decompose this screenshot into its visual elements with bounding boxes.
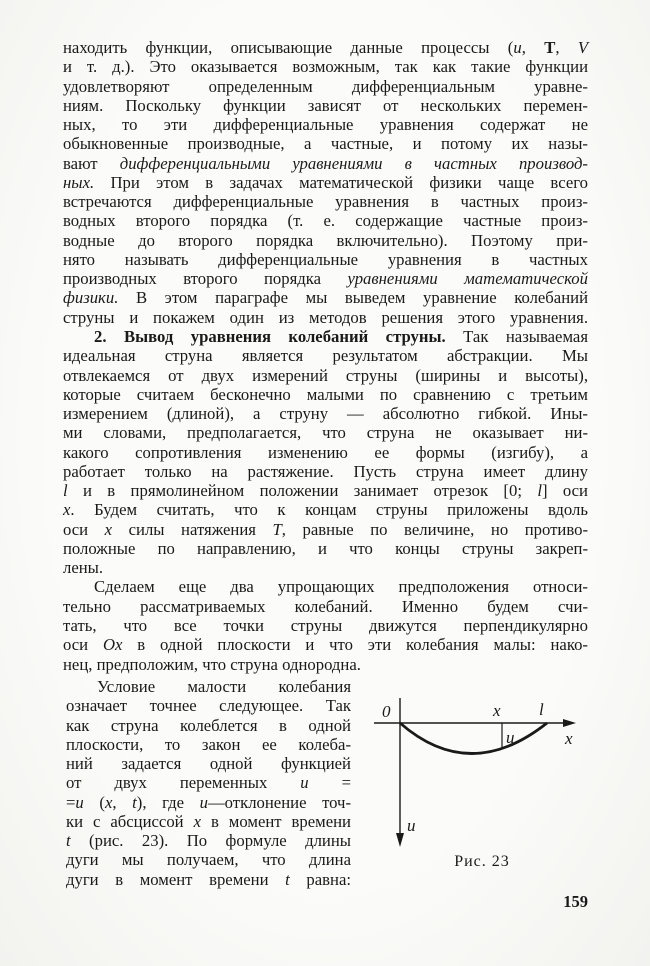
text-line: удовлетворяют определенным дифференциаль… <box>63 77 588 96</box>
deflection-label: u <box>506 728 515 747</box>
text-line: встречаются дифференциальные уравнения в… <box>63 192 588 211</box>
text-line: Сделаем еще два упрощающих предположения… <box>63 577 588 596</box>
u-axis-label: u <box>407 816 416 835</box>
text-line: ний задается одной функцией <box>66 754 351 773</box>
text-line: означает точнее следующее. Так <box>66 696 351 715</box>
length-label: l <box>539 700 544 719</box>
text-line: ки с абсциссой x в момент времени <box>66 812 351 831</box>
text-line: =u (x, t), где u—отклонение точ- <box>66 793 351 812</box>
origin-label: 0 <box>382 702 391 721</box>
text-line: какого сопротивления изменению ее формы … <box>63 443 588 462</box>
text-line: ных, то эти дифференциальные уравнения с… <box>63 115 588 134</box>
text-line: производных второго порядка уравнениями … <box>63 269 588 288</box>
text-line: вают дифференциальными уравнениями в час… <box>63 154 588 173</box>
page-number: 159 <box>563 892 588 912</box>
text-line: обыкновенные производные, а частные, и п… <box>63 134 588 153</box>
text-line: водных второго порядка (т. е. содержащие… <box>63 211 588 230</box>
text-line: тать, что все точки струны движутся перп… <box>63 616 588 635</box>
text-line: водные до второго порядка включительно).… <box>63 231 588 250</box>
figure-caption: Рис. 23 <box>366 853 598 871</box>
u-axis-arrowhead <box>396 833 404 847</box>
text-line: ниям. Поскольку функции зависят от неско… <box>63 96 588 115</box>
main-text-block: находить функции, описывающие данные про… <box>63 38 588 674</box>
string-curve-diagram: 0 x l x u u <box>366 690 628 852</box>
text-line: дуги мы получаем, что длина <box>66 850 351 869</box>
figure-23: 0 x l x u u Рис. 23 <box>366 690 628 871</box>
text-line: отвлекаемся от двух измерений струны (ши… <box>63 366 588 385</box>
x-axis-label: x <box>564 729 573 748</box>
text-line: t (рис. 23). По формуле длины <box>66 831 351 850</box>
text-line: струны и покажем один из методов решения… <box>63 308 588 327</box>
text-line: нято называть дифференциальные уравнения… <box>63 250 588 269</box>
x-point-label: x <box>492 701 501 720</box>
text-line: нец, предположим, что струна однородна. <box>63 655 588 674</box>
left-column-text: Условие малости колебанияозначает точнее… <box>66 677 351 889</box>
text-line: лены. <box>63 558 588 577</box>
string-curve <box>400 723 547 754</box>
text-line: которые считаем бесконечно малыми по сра… <box>63 385 588 404</box>
text-line: x. Будем считать, что к концам струны пр… <box>63 500 588 519</box>
text-line: оси x силы натяжения T, равные по величи… <box>63 520 588 539</box>
text-line: находить функции, описывающие данные про… <box>63 38 588 57</box>
text-line: физики. В этом параграфе мы выведем урав… <box>63 288 588 307</box>
text-line: ми словами, предполагается, что струна н… <box>63 423 588 442</box>
x-axis-arrowhead <box>563 719 576 727</box>
text-line: ных. При этом в задачах математической ф… <box>63 173 588 192</box>
text-line: тельно рассматриваемых колебаний. Именно… <box>63 597 588 616</box>
text-line: от двух переменных u = <box>66 773 351 792</box>
text-line: Условие малости колебания <box>66 677 351 696</box>
book-page: находить функции, описывающие данные про… <box>0 0 650 966</box>
text-line: 2. Вывод уравнения колебаний струны. Так… <box>63 327 588 346</box>
text-line: дуги в момент времени t равна: <box>66 870 351 889</box>
text-line: плоскости, то закон ее колеба- <box>66 735 351 754</box>
text-line: положные по направлению, и что концы стр… <box>63 539 588 558</box>
text-line: оси Ox в одной плоскости и что эти колеб… <box>63 635 588 654</box>
text-line: l и в прямолинейном положении занимает о… <box>63 481 588 500</box>
text-line: работает только на растяжение. Пусть стр… <box>63 462 588 481</box>
text-line: и т. д.). Это оказывается возможным, так… <box>63 57 588 76</box>
text-line: измерением (длиной), а струну — абсолютн… <box>63 404 588 423</box>
text-line: как струна колеблется в одной <box>66 716 351 735</box>
text-line: идеальная струна является результатом аб… <box>63 346 588 365</box>
